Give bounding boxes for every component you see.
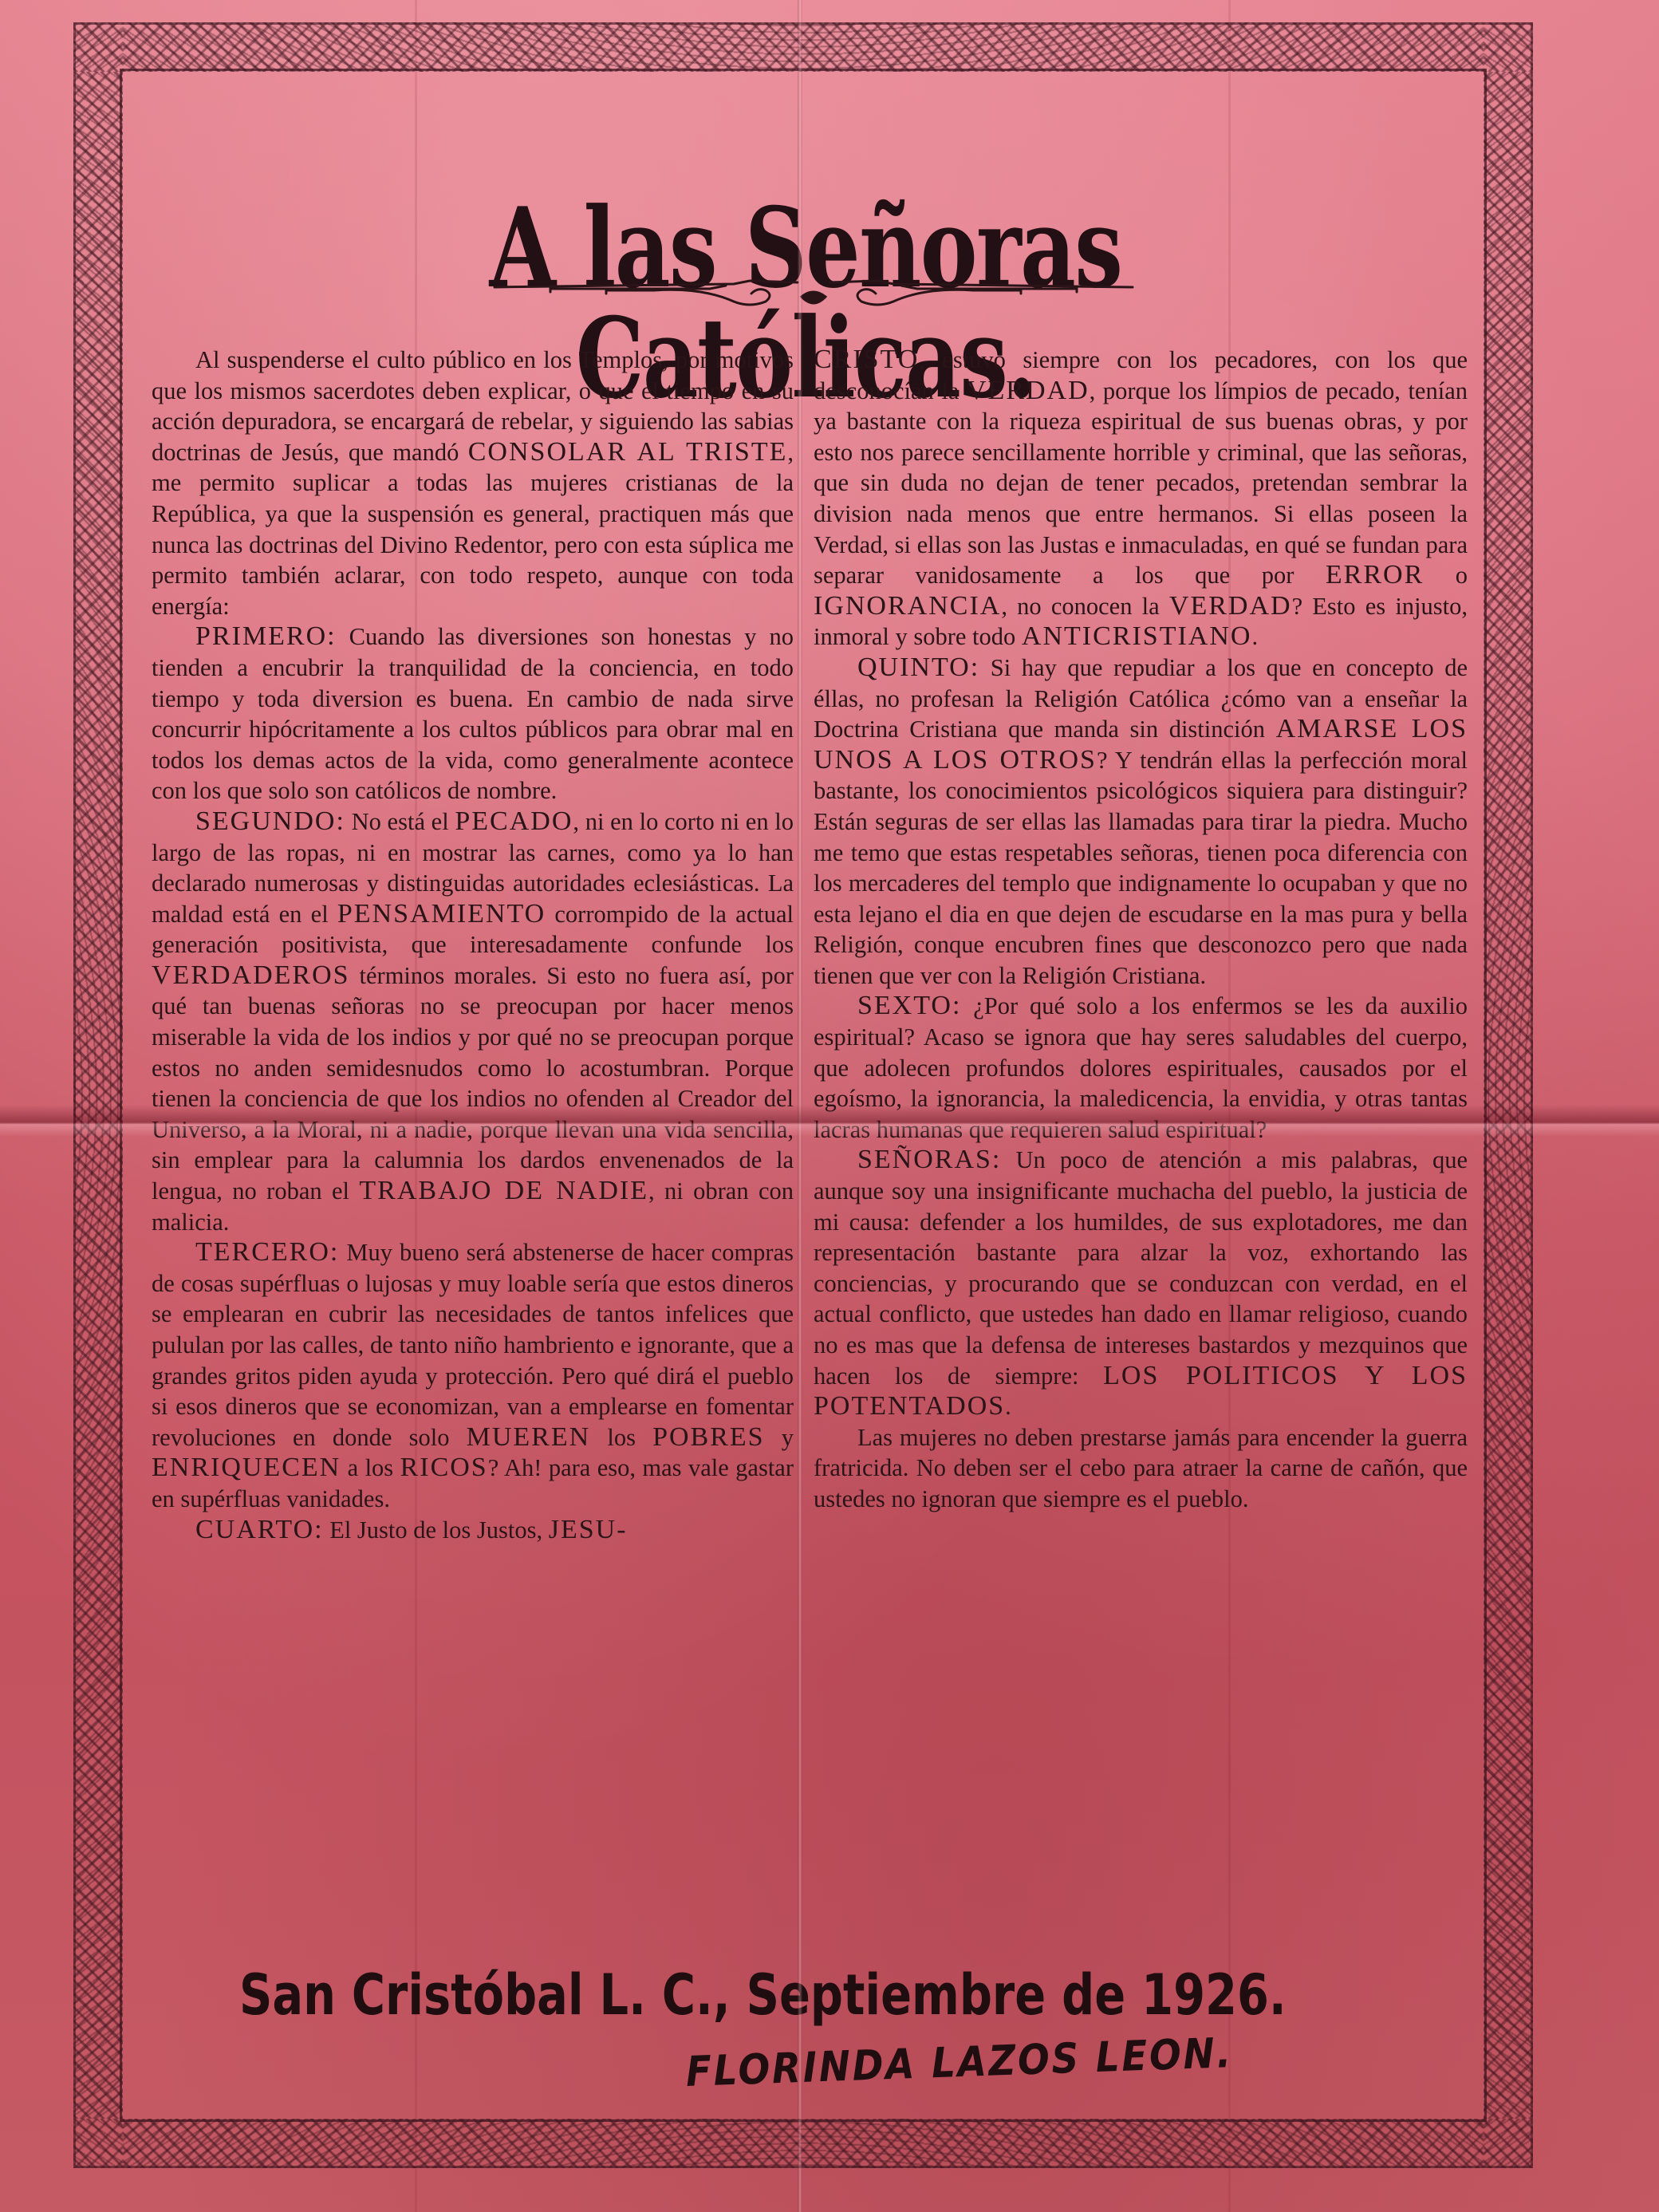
section-label: PRIMERO: bbox=[195, 621, 337, 651]
section-text: Un poco de atención a mis palabras, que … bbox=[814, 1146, 1468, 1389]
section-text: . bbox=[1251, 623, 1258, 650]
emphasis-caps: TRABAJO DE NADIE bbox=[359, 1176, 648, 1205]
section-label: QUINTO: bbox=[857, 653, 979, 682]
tercero-paragraph: TERCERO: Muy bueno será abstenerse de ha… bbox=[152, 1237, 794, 1514]
section-text: o bbox=[1424, 562, 1468, 589]
emphasis-caps: RICOS bbox=[400, 1453, 488, 1482]
section-text: los bbox=[590, 1424, 652, 1451]
section-label: CUARTO: bbox=[195, 1515, 324, 1544]
section-text: Muy bueno será abstenerse de hacer compr… bbox=[152, 1239, 794, 1451]
section-label: SEÑORAS: bbox=[857, 1145, 1001, 1174]
emphasis-caps: VERDAD bbox=[967, 376, 1090, 405]
segundo-paragraph: SEGUNDO: No está el PECADO, ni en lo cor… bbox=[152, 806, 794, 1237]
emphasis-caps: CRISTO bbox=[814, 345, 919, 374]
section-text: a los bbox=[341, 1454, 400, 1481]
senoras-paragraph: SEÑORAS: Un poco de atención a mis palab… bbox=[814, 1145, 1468, 1421]
section-text: No está el bbox=[345, 808, 455, 835]
left-column: Al suspenderse el culto público en los T… bbox=[152, 345, 794, 1545]
closing-paragraph: Las mujeres no deben prestarse jamás par… bbox=[814, 1422, 1468, 1515]
cuarto-continuation-paragraph: CRISTO, estuvo siempre con los pecadores… bbox=[814, 345, 1468, 653]
intro-paragraph: Al suspenderse el culto público en los T… bbox=[152, 345, 794, 621]
primero-paragraph: PRIMERO: Cuando las diversiones son hone… bbox=[152, 621, 794, 806]
emphasis-caps: PENSAMIENTO bbox=[337, 899, 546, 929]
cuarto-paragraph: CUARTO: El Justo de los Justos, JESU- bbox=[152, 1515, 794, 1546]
emphasis-caps: ENRIQUECEN bbox=[152, 1453, 341, 1482]
section-text: términos morales. Si esto no fuera así, … bbox=[152, 962, 794, 1205]
emphasis-caps: ANTICRISTIANO bbox=[1022, 621, 1252, 651]
section-text: ? Y tendrán ellas la perfección moral ba… bbox=[814, 747, 1468, 989]
emphasis-caps: PECADO bbox=[455, 806, 573, 836]
section-label: SEGUNDO: bbox=[195, 806, 345, 836]
section-label: SEXTO: bbox=[857, 991, 961, 1020]
flourish-divider-icon bbox=[471, 263, 1157, 311]
emphasis-caps: JESU- bbox=[549, 1515, 628, 1544]
emphasis-caps: ERROR bbox=[1326, 560, 1424, 589]
section-text: . bbox=[1005, 1393, 1011, 1420]
section-text: y bbox=[765, 1424, 794, 1451]
quinto-paragraph: QUINTO: Si hay que repudiar a los que en… bbox=[814, 653, 1468, 992]
place-and-date: San Cristóbal L. C., Septiembre de 1926. bbox=[239, 1962, 1220, 2028]
emphasis-caps: VERDAD bbox=[1169, 591, 1292, 621]
emphasis-caps: MUEREN bbox=[467, 1422, 591, 1452]
right-column: CRISTO, estuvo siempre con los pecadores… bbox=[814, 345, 1468, 1515]
section-text: , porque los límpios de pecado, tenían y… bbox=[814, 377, 1468, 589]
section-text: , no conocen la bbox=[1001, 593, 1169, 620]
section-text: El Justo de los Justos, bbox=[324, 1516, 549, 1544]
emphasis-caps: IGNORANCIA bbox=[814, 591, 1001, 621]
emphasis-caps: CONSOLAR AL TRISTE bbox=[468, 437, 788, 467]
emphasis-caps: POBRES bbox=[652, 1422, 765, 1452]
fold-crease-horizontal bbox=[0, 1105, 1659, 1137]
section-label: TERCERO: bbox=[195, 1237, 339, 1267]
emphasis-caps: VERDADEROS bbox=[152, 960, 350, 990]
